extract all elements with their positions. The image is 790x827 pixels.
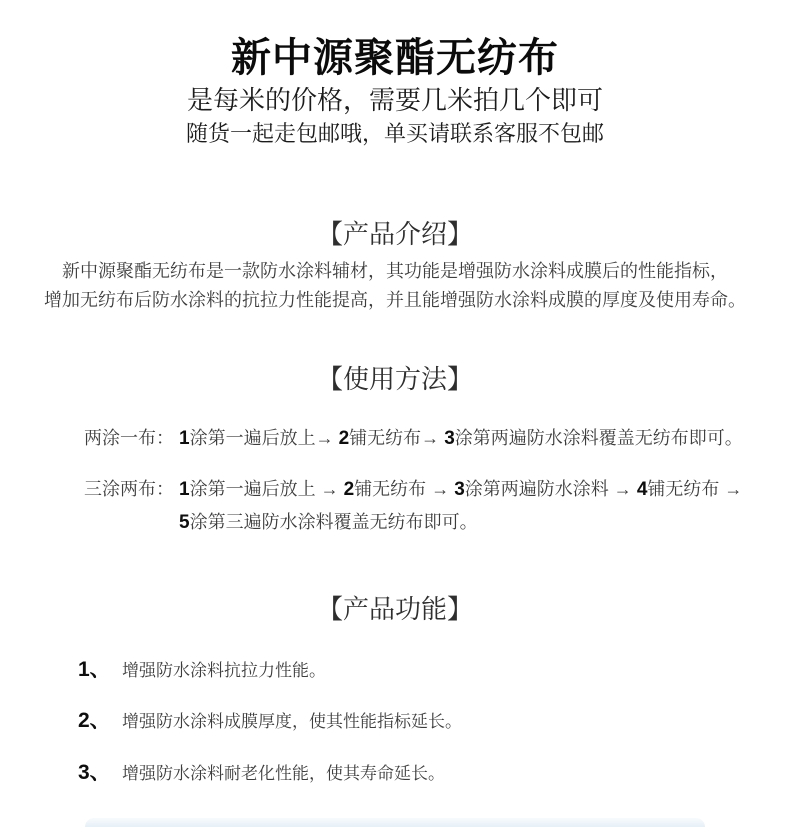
intro-paragraph: 新中源聚酯无纺布是一款防水涂料辅材，其功能是增强防水涂料成膜后的性能指标， 增加… <box>0 257 790 315</box>
intro-line: 新中源聚酯无纺布是一款防水涂料辅材，其功能是增强防水涂料成膜后的性能指标， <box>0 257 790 286</box>
method-label: 两涂一布： <box>84 422 179 455</box>
step-number: 2 <box>339 428 350 449</box>
usage-step: 2铺无纺布 → <box>344 479 450 499</box>
step-number: 3 <box>444 428 455 449</box>
function-item: 3、 增强防水涂料耐老化性能，使其寿命延长。 <box>0 761 790 786</box>
step-line: 1涂第一遍后放上→ 2铺无纺布→ 3涂第两遍防水涂料覆盖无纺布即可。 <box>179 422 790 455</box>
step-text: 涂第两遍防水涂料覆盖无纺布即可。 <box>455 428 743 448</box>
step-text: 涂第一遍后放上 → <box>190 479 339 499</box>
function-item: 2、 增强防水涂料成膜厚度，使其性能指标延长。 <box>0 709 790 734</box>
product-description-page: 新中源聚酯无纺布 是每米的价格，需要几米拍几个即可 随货一起走包邮哦，单买请联系… <box>0 0 790 827</box>
usage-step: 2铺无纺布→ <box>339 428 440 448</box>
product-subtitle: 是每米的价格，需要几米拍几个即可 <box>0 84 790 116</box>
step-text: 涂第两遍防水涂料 → <box>465 479 632 499</box>
step-text: 铺无纺布→ <box>349 428 439 448</box>
function-item: 1、 增强防水涂料抗拉力性能。 <box>0 658 790 683</box>
step-number: 1 <box>179 479 190 500</box>
step-number: 3 <box>454 479 465 500</box>
method-label: 三涂两布： <box>84 473 179 506</box>
step-line: 5涂第三遍防水涂料覆盖无纺布即可。 <box>179 506 790 539</box>
usage-step: 3涂第两遍防水涂料 → <box>454 479 632 499</box>
usage-step: 1涂第一遍后放上 → <box>179 479 339 499</box>
method-steps: 1涂第一遍后放上→ 2铺无纺布→ 3涂第两遍防水涂料覆盖无纺布即可。 <box>179 422 790 455</box>
function-number: 3、 <box>78 761 122 785</box>
function-number: 1、 <box>78 658 122 682</box>
intro-section-heading: 【产品介绍】 <box>0 219 790 249</box>
usage-method-two-coats-one-cloth: 两涂一布： 1涂第一遍后放上→ 2铺无纺布→ 3涂第两遍防水涂料覆盖无纺布即可。 <box>0 422 790 455</box>
step-text: 涂第三遍防水涂料覆盖无纺布即可。 <box>190 512 478 532</box>
usage-section: 【使用方法】 两涂一布： 1涂第一遍后放上→ 2铺无纺布→ 3涂第两遍防水涂料覆… <box>0 364 790 539</box>
step-number: 5 <box>179 512 190 533</box>
usage-step: 1涂第一遍后放上→ <box>179 428 334 448</box>
step-text: 铺无纺布 → <box>354 479 449 499</box>
usage-step: 4铺无纺布 → <box>637 479 743 499</box>
step-text: 涂第一遍后放上→ <box>190 428 334 448</box>
function-number: 2、 <box>78 709 122 733</box>
product-title: 新中源聚酯无纺布 <box>0 36 790 80</box>
usage-method-three-coats-two-cloths: 三涂两布： 1涂第一遍后放上 → 2铺无纺布 → 3涂第两遍防水涂料 → 4铺无… <box>0 473 790 539</box>
intro-section: 【产品介绍】 新中源聚酯无纺布是一款防水涂料辅材，其功能是增强防水涂料成膜后的性… <box>0 219 790 315</box>
step-text: 铺无纺布 → <box>647 479 742 499</box>
next-section-edge <box>85 818 705 827</box>
product-header: 新中源聚酯无纺布 是每米的价格，需要几米拍几个即可 随货一起走包邮哦，单买请联系… <box>0 0 790 147</box>
shipping-note: 随货一起走包邮哦，单买请联系客服不包邮 <box>0 120 790 147</box>
step-number: 1 <box>179 428 190 449</box>
function-text: 增强防水涂料抗拉力性能。 <box>122 659 326 683</box>
step-number: 4 <box>637 479 648 500</box>
usage-section-heading: 【使用方法】 <box>0 364 790 394</box>
functions-section: 【产品功能】 1、 增强防水涂料抗拉力性能。 2、 增强防水涂料成膜厚度，使其性… <box>0 594 790 786</box>
function-text: 增强防水涂料成膜厚度，使其性能指标延长。 <box>122 710 462 734</box>
usage-step: 3涂第两遍防水涂料覆盖无纺布即可。 <box>444 428 743 448</box>
method-steps: 1涂第一遍后放上 → 2铺无纺布 → 3涂第两遍防水涂料 → 4铺无纺布 → 5… <box>179 473 790 539</box>
step-line: 1涂第一遍后放上 → 2铺无纺布 → 3涂第两遍防水涂料 → 4铺无纺布 → <box>179 473 790 506</box>
intro-line: 增加无纺布后防水涂料的抗拉力性能提高，并且能增强防水涂料成膜的厚度及使用寿命。 <box>0 286 790 315</box>
function-text: 增强防水涂料耐老化性能，使其寿命延长。 <box>122 762 445 786</box>
step-number: 2 <box>344 479 355 500</box>
functions-section-heading: 【产品功能】 <box>0 594 790 624</box>
usage-step: 5涂第三遍防水涂料覆盖无纺布即可。 <box>179 512 478 532</box>
